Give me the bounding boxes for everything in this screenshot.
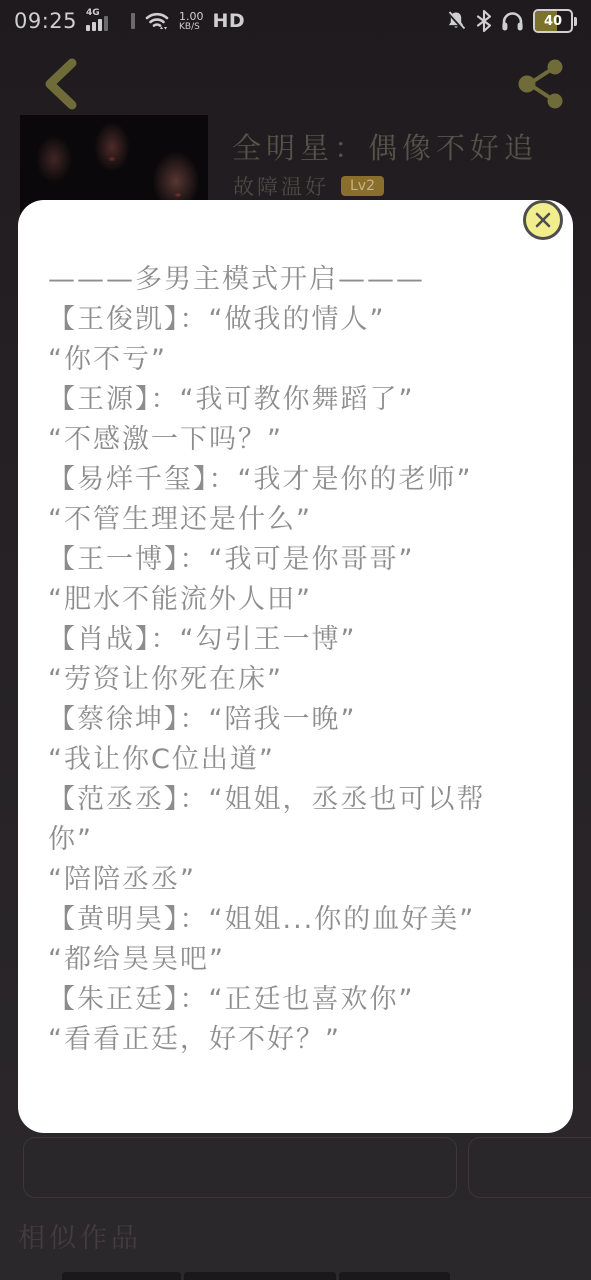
battery-cap xyxy=(574,17,577,26)
app-screen: 09:25 4G 1.00 KB/S HD xyxy=(0,0,591,1280)
intro-line: 【朱正廷】：“正廷也喜欢你” xyxy=(48,980,521,1020)
author-level-badge: Lv2 xyxy=(341,176,384,196)
intro-line: 【王源】：“我可教你舞蹈了” xyxy=(48,380,521,420)
author-name: 故障温好 xyxy=(233,171,329,201)
intro-line: “我让你C位出道” xyxy=(48,740,521,780)
intro-line: 【范丞丞】：“姐姐，丞丞也可以帮你” xyxy=(48,780,521,860)
intro-line: “不感激一下吗？” xyxy=(48,420,521,460)
download-arrow-icon xyxy=(164,27,167,30)
back-button[interactable] xyxy=(38,56,84,112)
signal-bars-icon xyxy=(86,16,108,31)
book-intro-text: ———多男主模式开启——— 【王俊凯】：“做我的情人” “你不亏” 【王源】：“… xyxy=(18,200,573,1060)
intro-line: “劳资让你死在床” xyxy=(48,660,521,700)
book-intro-dialog: ———多男主模式开启——— 【王俊凯】：“做我的情人” “你不亏” 【王源】：“… xyxy=(18,200,573,1133)
battery-percent: 40 xyxy=(544,14,562,29)
bluetooth-icon xyxy=(476,9,492,33)
share-button[interactable] xyxy=(516,58,566,110)
intro-line: “你不亏” xyxy=(48,340,521,380)
status-bar: 09:25 4G 1.00 KB/S HD xyxy=(0,0,591,42)
author-row: 故障温好 Lv2 xyxy=(233,171,384,201)
similar-book-cover[interactable] xyxy=(62,1272,181,1280)
book-title: 全明星：偶像不好追 xyxy=(232,126,572,167)
intro-line: 【易烊千玺】：“我才是你的老师” xyxy=(48,460,521,500)
intro-line: ———多男主模式开启——— xyxy=(48,260,521,300)
hd-indicator: HD xyxy=(213,10,246,32)
share-nodes-icon xyxy=(519,60,563,109)
bell-muted-icon xyxy=(444,9,468,33)
intro-line: “看看正廷，好不好？” xyxy=(48,1020,521,1060)
network-speed: 1.00 KB/S xyxy=(179,11,204,32)
clock: 09:25 xyxy=(14,9,77,33)
book-stats-card xyxy=(468,1137,591,1198)
book-stats-card xyxy=(23,1137,457,1198)
similar-book-cover[interactable] xyxy=(339,1272,450,1280)
intro-line: 【蔡徐坤】：“陪我一晚” xyxy=(48,700,521,740)
intro-line: “都给昊昊吧” xyxy=(48,940,521,980)
speed-unit: KB/S xyxy=(179,23,204,32)
wifi-icon xyxy=(144,9,170,33)
intro-line: 【王一博】：“我可是你哥哥” xyxy=(48,540,521,580)
status-left-group: 09:25 4G 1.00 KB/S HD xyxy=(14,8,245,34)
intro-line: “不管生理还是什么” xyxy=(48,500,521,540)
intro-line: 【王俊凯】：“做我的情人” xyxy=(48,300,521,340)
intro-line: “陪陪丞丞” xyxy=(48,860,521,900)
chevron-left-icon xyxy=(50,63,72,105)
speed-value: 1.00 xyxy=(179,11,204,22)
close-icon xyxy=(534,211,552,229)
close-dialog-button[interactable] xyxy=(523,200,563,240)
status-right-group: 40 xyxy=(444,9,577,33)
intro-line: “肥水不能流外人田” xyxy=(48,580,521,620)
cellular-signal-icon: 4G xyxy=(86,8,120,34)
intro-line: 【黄明昊】：“姐姐...你的血好美” xyxy=(48,900,521,940)
battery-icon: 40 xyxy=(533,9,577,33)
headphones-icon xyxy=(500,9,525,33)
similar-book-cover[interactable] xyxy=(184,1272,336,1280)
sim2-signal-icon xyxy=(131,13,135,29)
intro-line: 【肖战】：“勾引王一博” xyxy=(48,620,521,660)
similar-works-heading: 相似作品 xyxy=(18,1216,142,1255)
